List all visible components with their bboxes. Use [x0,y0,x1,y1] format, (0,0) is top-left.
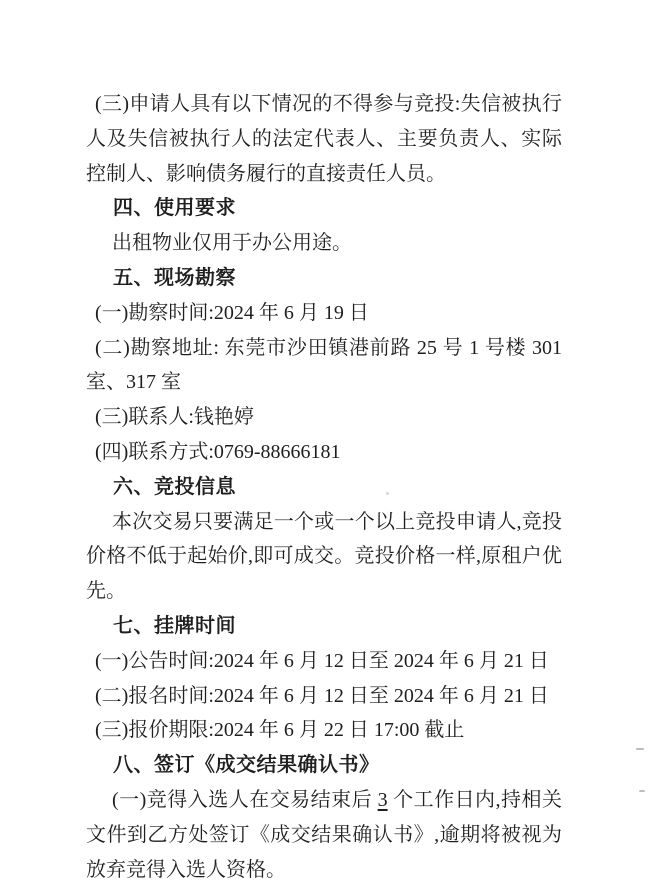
heading-site-survey: 五、现场勘察 [86,261,562,296]
scan-artifact [639,790,645,792]
para-bidder-restrictions: (三)申请人具有以下情况的不得参与竞投:失信被执行人及失信被执行人的法定代表人、… [86,87,562,191]
para-usage: 出租物业仅用于办公用途。 [86,226,562,261]
scan-artifact [386,492,389,495]
underlined-number: 3 [378,789,388,811]
heading-confirmation-signing: 八、签订《成交结果确认书》 [86,748,562,783]
heading-usage-requirements: 四、使用要求 [86,191,562,226]
heading-bidding-info: 六、竞投信息 [86,470,562,505]
item-contact-person: (三)联系人:钱艳婷 [86,400,562,435]
item-registration-period: (二)报名时间:2024 年 6 月 12 日至 2024 年 6 月 21 日 [86,679,562,714]
item-survey-address: (二)勘察地址: 东莞市沙田镇港前路 25 号 1 号楼 301 室、317 室 [86,331,562,401]
scan-artifact [636,748,644,750]
para-bidding-rules: 本次交易只要满足一个或一个以上竞投申请人,竞投价格不低于起始价,即可成交。竞投价… [86,505,562,609]
item-announcement-period: (一)公告时间:2024 年 6 月 12 日至 2024 年 6 月 21 日 [86,644,562,679]
heading-listing-time: 七、挂牌时间 [86,609,562,644]
item-survey-time: (一)勘察时间:2024 年 6 月 19 日 [86,296,562,331]
document-page: (三)申请人具有以下情况的不得参与竞投:失信被执行人及失信被执行人的法定代表人、… [0,0,651,890]
item-contact-number: (四)联系方式:0769-88666181 [86,435,562,470]
item-quotation-deadline: (三)报价期限:2024 年 6 月 22 日 17:00 截止 [86,713,562,748]
document-body: (三)申请人具有以下情况的不得参与竞投:失信被执行人及失信被执行人的法定代表人、… [86,87,562,887]
para-confirmation-signing: (一)竞得入选人在交易结束后 3 个工作日内,持相关文件到乙方处签订《成交结果确… [86,783,562,887]
text-segment: (一)竞得入选人在交易结束后 [112,789,378,811]
